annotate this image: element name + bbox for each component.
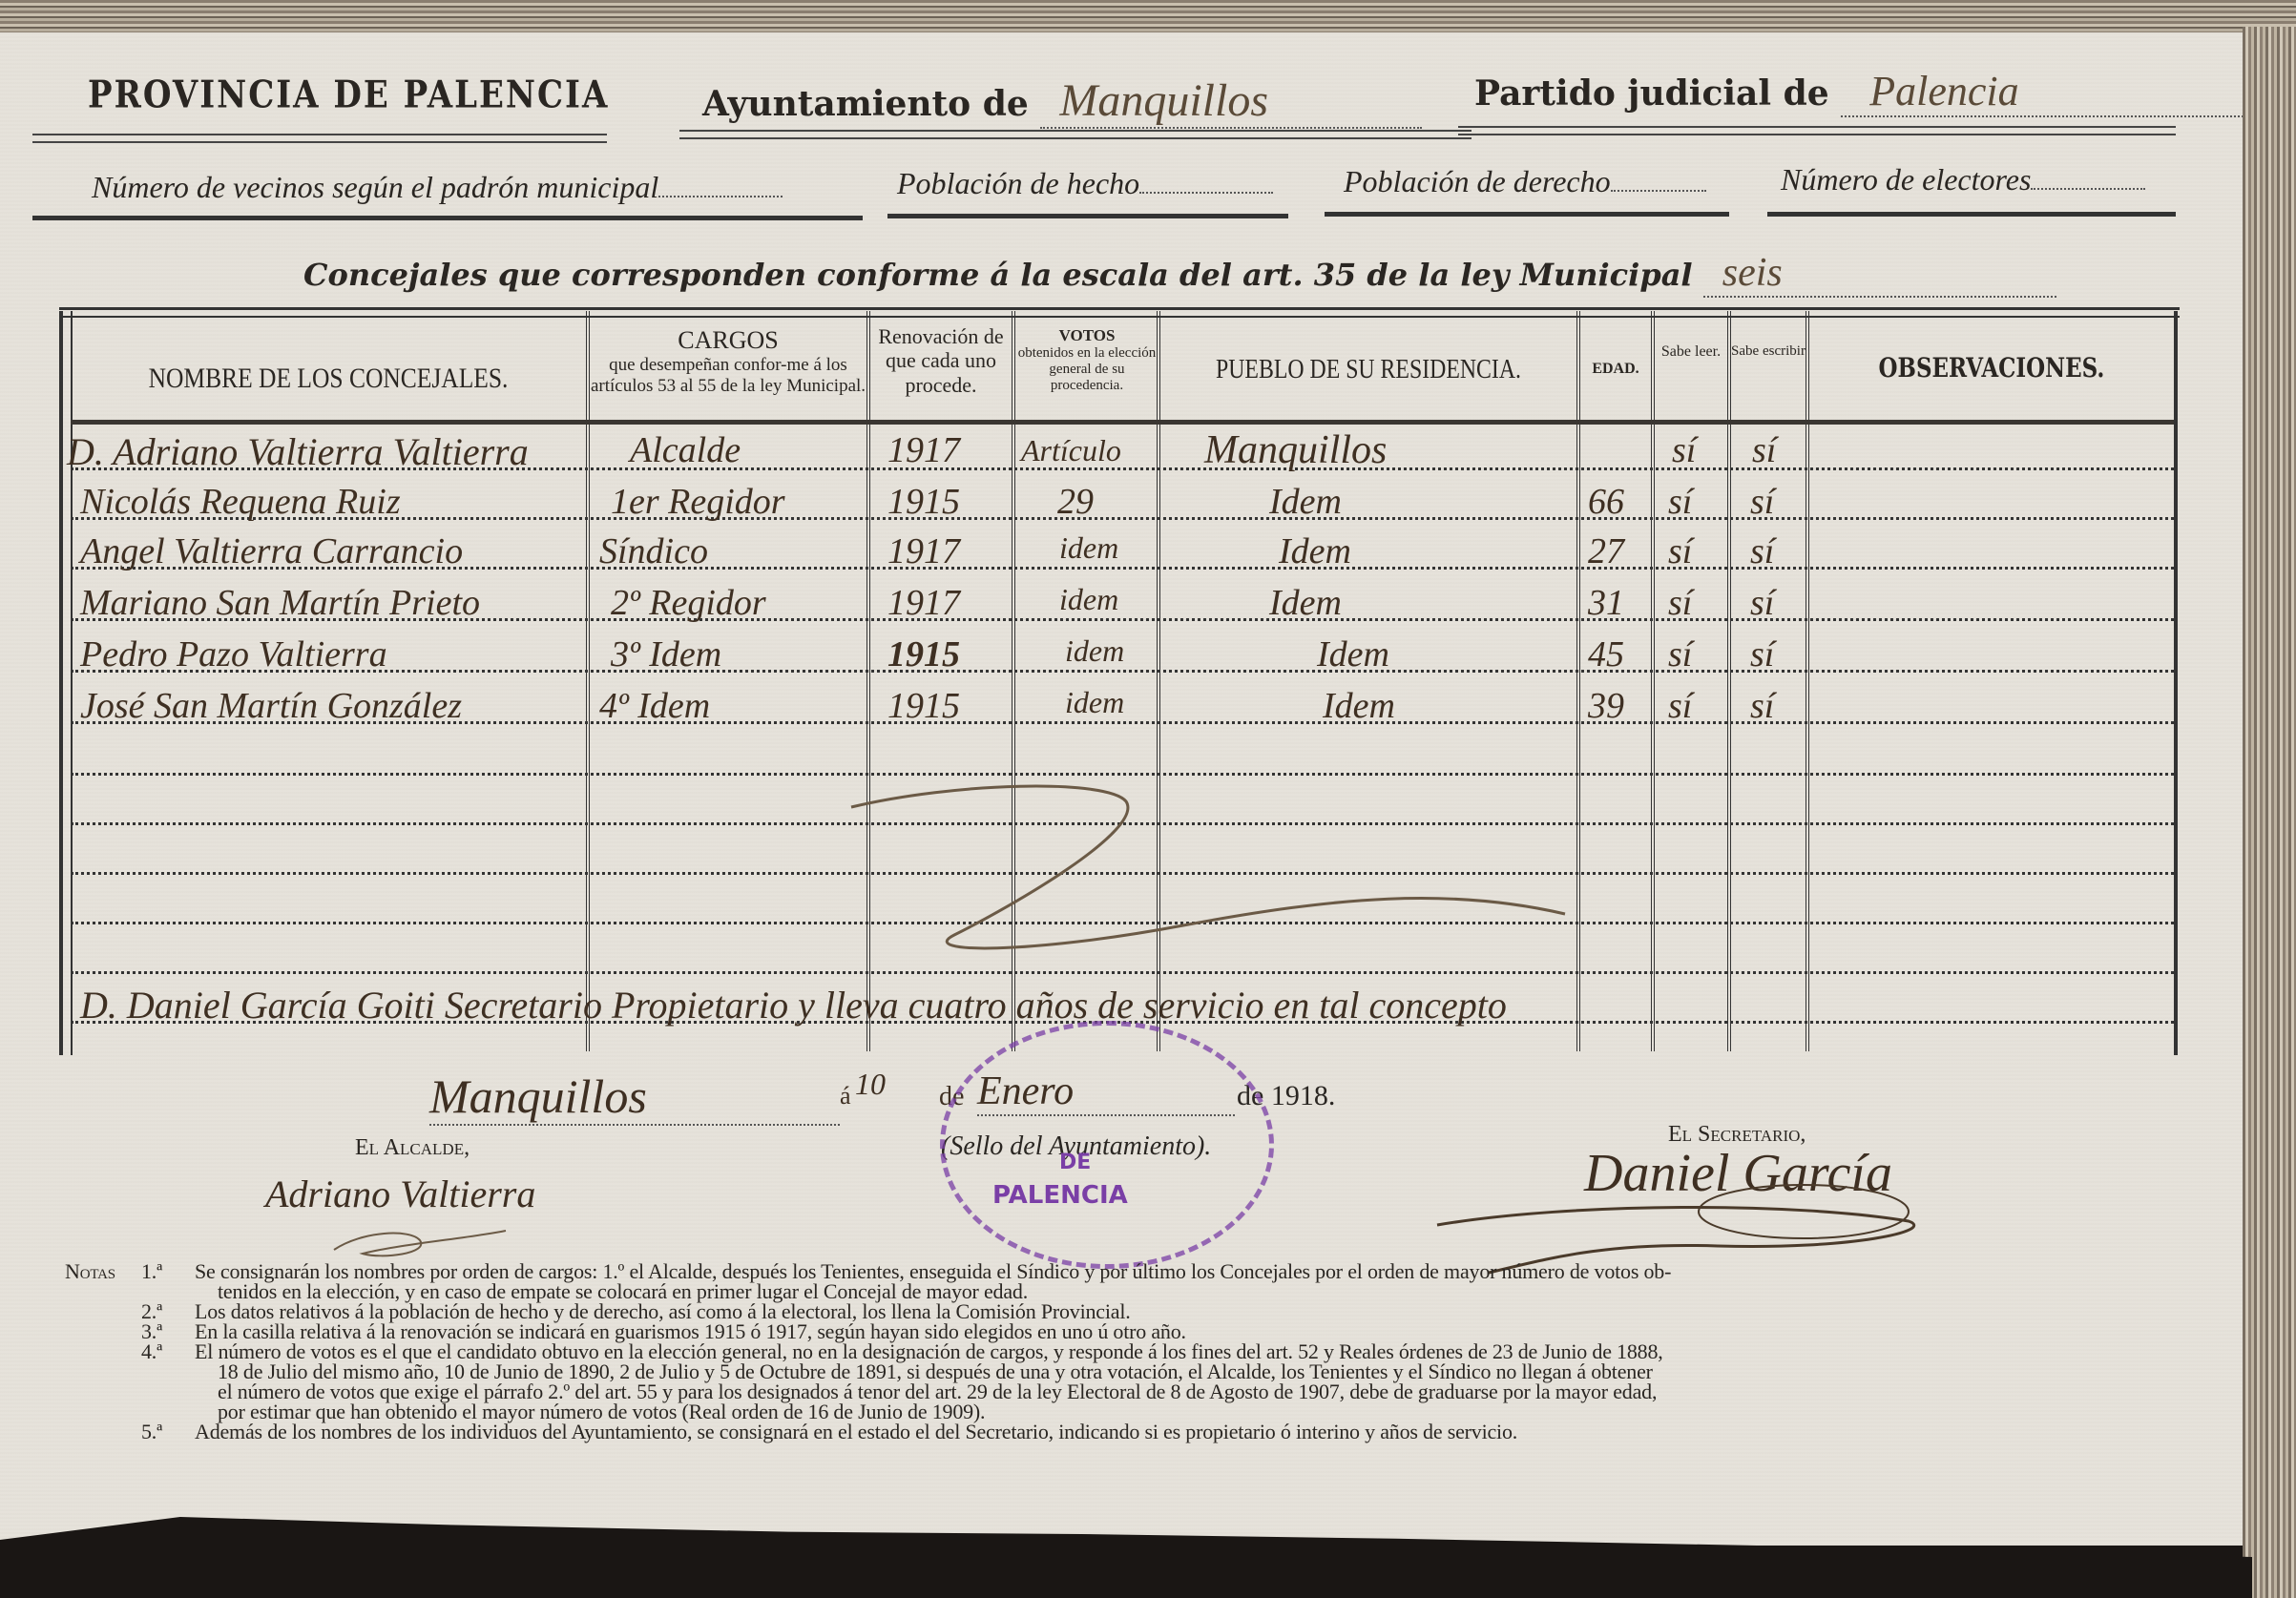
cell-edad: 39 [1588, 685, 1624, 727]
column-header-escribir: Sabe escribir [1731, 343, 1805, 360]
note-5: 5.ª Además de los nombres de los individ… [65, 1422, 2202, 1442]
cell-nombre: Mariano San Martín Prieto [80, 582, 480, 624]
note-text: el número de votos que exige el párrafo … [65, 1381, 2202, 1401]
cell-votos: idem [1059, 530, 1118, 566]
note-number: 1.ª [141, 1261, 195, 1281]
column-header-votos: VOTOS obtenidos en la elección general d… [1017, 326, 1157, 394]
concejales-value: seis [1703, 250, 2056, 298]
electores-field: Número de electores [1781, 162, 2145, 197]
cell-edad: 66 [1588, 481, 1624, 523]
divider [32, 216, 863, 220]
divider [679, 130, 1472, 139]
note-text: El número de votos es el que el candidat… [195, 1341, 2202, 1361]
note-1: Notas 1.ª Se consignarán los nombres por… [65, 1261, 2202, 1281]
concejales-label: Concejales que corresponden conforme á l… [303, 257, 1693, 293]
cell-renovacion: 1917 [887, 429, 960, 471]
electores-label: Número de electores [1781, 162, 2031, 197]
hecho-value [1139, 192, 1273, 194]
cell-leer: sí [1672, 429, 1696, 471]
column-header-votos-subtitle: obtenidos en la elección general de su p… [1017, 345, 1157, 395]
cell-edad: 27 [1588, 530, 1624, 572]
cell-pueblo: Idem [1269, 582, 1342, 624]
note-number: 3.ª [141, 1321, 195, 1341]
note-number: 5.ª [141, 1422, 195, 1442]
electores-value [2031, 188, 2145, 190]
cell-nombre: Pedro Pazo Valtierra [80, 633, 387, 675]
vecinos-field: Número de vecinos según el padrón munici… [92, 170, 783, 205]
cell-edad: 31 [1588, 582, 1624, 624]
notes-label: Notas [65, 1261, 141, 1281]
cell-pueblo: Idem [1317, 633, 1389, 675]
hecho-field: Población de hecho [897, 166, 1273, 201]
cell-pueblo: Manquillos [1204, 427, 1387, 473]
cell-cargo: 4º Idem [599, 685, 710, 727]
ayuntamiento-value: Manquillos [1040, 74, 1422, 129]
cell-votos: idem [1065, 685, 1124, 720]
note-number: 4.ª [141, 1341, 195, 1361]
row-line [71, 971, 2174, 974]
cell-cargo: Síndico [599, 530, 708, 572]
cell-renovacion: 1917 [887, 582, 960, 624]
column-header-pueblo: PUEBLO DE SU RESIDENCIA. [1192, 355, 1546, 385]
derecho-value [1611, 190, 1706, 192]
derecho-label: Población de derecho [1344, 164, 1611, 198]
column-header-nombre: NOMBRE DE LOS CONCEJALES. [110, 363, 548, 396]
cell-pueblo: Idem [1269, 481, 1342, 523]
cell-escribir: sí [1752, 429, 1776, 471]
ayuntamiento-label-text: Ayuntamiento de [702, 84, 1029, 124]
header-divider [71, 420, 2174, 425]
divider [1767, 212, 2176, 217]
cell-leer: sí [1668, 481, 1692, 523]
cell-pueblo: Idem [1279, 530, 1351, 572]
partido-label: Partido judicial de Palencia [1474, 67, 2247, 117]
cell-escribir: sí [1750, 481, 1774, 523]
cell-votos: Artículo [1021, 433, 1121, 468]
vecinos-label: Número de vecinos según el padrón munici… [92, 170, 658, 204]
divider [1458, 126, 2176, 135]
stamp-de: DE [1059, 1151, 1091, 1174]
cell-cargo: 1er Regidor [611, 481, 785, 523]
column-header-edad: EDAD. [1580, 361, 1651, 378]
cell-votos: idem [1059, 582, 1118, 617]
ayuntamiento-label: Ayuntamiento de Manquillos [702, 74, 1422, 129]
divider [1325, 212, 1729, 217]
divider [887, 214, 1288, 218]
column-header-cargos-title: CARGOS [590, 326, 866, 355]
cell-escribir: sí [1750, 633, 1774, 675]
cell-renovacion: 1917 [887, 530, 960, 572]
secretary-row: D. Daniel García Goiti Secretario Propie… [80, 983, 1507, 1027]
concejales-line: Concejales que corresponden conforme á l… [303, 250, 2056, 298]
column-header-observaciones: OBSERVACIONES. [1842, 353, 2140, 384]
note-text: tenidos en la elección, y en caso de emp… [65, 1281, 2202, 1301]
a-label: á [840, 1082, 851, 1110]
cell-renovacion: 1915 [887, 633, 960, 675]
column-header-cargos-subtitle: que desempeñan confor-me á los artículos… [590, 355, 866, 397]
column-header-votos-title: VOTOS [1017, 326, 1157, 345]
column-header-renovacion: Renovación de que cada uno procede. [870, 324, 1012, 397]
note-text: Además de los nombres de los individuos … [195, 1422, 2202, 1442]
note-4: 4.ª El número de votos es el que el cand… [65, 1341, 2202, 1361]
place-value: Manquillos [429, 1069, 840, 1126]
derecho-field: Población de derecho [1344, 164, 1706, 199]
cell-escribir: sí [1750, 582, 1774, 624]
note-text: 18 de Julio del mismo año, 10 de Junio d… [65, 1361, 2202, 1381]
cell-votos: 29 [1057, 481, 1094, 523]
alcalde-label: El Alcalde, [355, 1135, 470, 1161]
cell-renovacion: 1915 [887, 685, 960, 727]
column-header-cargos: CARGOS que desempeñan confor-me á los ar… [590, 326, 866, 397]
cell-escribir: sí [1750, 685, 1774, 727]
partido-label-text: Partido judicial de [1474, 73, 1829, 114]
cell-nombre: D. Adriano Valtierra Valtierra [67, 429, 529, 474]
notes-section: Notas 1.ª Se consignarán los nombres por… [65, 1261, 2202, 1442]
note-text: En la casilla relativa á la renovación s… [195, 1321, 2202, 1341]
document-page: PROVINCIA DE PALENCIA Ayuntamiento de Ma… [0, 0, 2252, 1546]
vecinos-value [658, 196, 783, 197]
cell-nombre: Nicolás Requena Ruiz [80, 481, 401, 523]
cell-nombre: José San Martín González [80, 685, 462, 727]
cell-cargo: Alcalde [630, 429, 741, 471]
column-header-leer: Sabe leer. [1655, 343, 1727, 361]
cell-cargo: 3º Idem [611, 633, 721, 675]
note-text: Se consignarán los nombres por orden de … [195, 1261, 2202, 1281]
note-3: 3.ª En la casilla relativa á la renovaci… [65, 1321, 2202, 1341]
province-title: PROVINCIA DE PALENCIA [88, 73, 609, 117]
cell-renovacion: 1915 [887, 481, 960, 523]
cell-votos: idem [1065, 633, 1124, 669]
cell-leer: sí [1668, 582, 1692, 624]
note-2: 2.ª Los datos relativos á la población d… [65, 1301, 2202, 1321]
book-page-stack [2243, 27, 2296, 1598]
stamp-ring-icon [940, 1021, 1274, 1269]
cancellation-flourish-icon [840, 773, 1584, 964]
cell-pueblo: Idem [1323, 685, 1395, 727]
table-right-border [2174, 311, 2183, 1055]
book-top-edge [0, 0, 2296, 32]
alcalde-signature: Adriano Valtierra [265, 1172, 535, 1216]
cell-leer: sí [1668, 530, 1692, 572]
note-text: Los datos relativos á la población de he… [195, 1301, 2202, 1321]
cell-leer: sí [1668, 685, 1692, 727]
note-number: 2.ª [141, 1301, 195, 1321]
day-value: 10 [855, 1067, 886, 1102]
table-top-border [59, 307, 2180, 318]
cell-leer: sí [1668, 633, 1692, 675]
cell-cargo: 2º Regidor [611, 582, 766, 624]
partido-value: Palencia [1841, 67, 2247, 117]
note-text: por estimar que han obtenido el mayor nú… [65, 1401, 2202, 1422]
cell-edad: 45 [1588, 633, 1624, 675]
hecho-label: Población de hecho [897, 166, 1139, 200]
divider [32, 134, 607, 143]
stamp-center: PALENCIA [992, 1181, 1128, 1210]
cell-escribir: sí [1750, 530, 1774, 572]
cell-nombre: Angel Valtierra Carrancio [80, 530, 463, 572]
